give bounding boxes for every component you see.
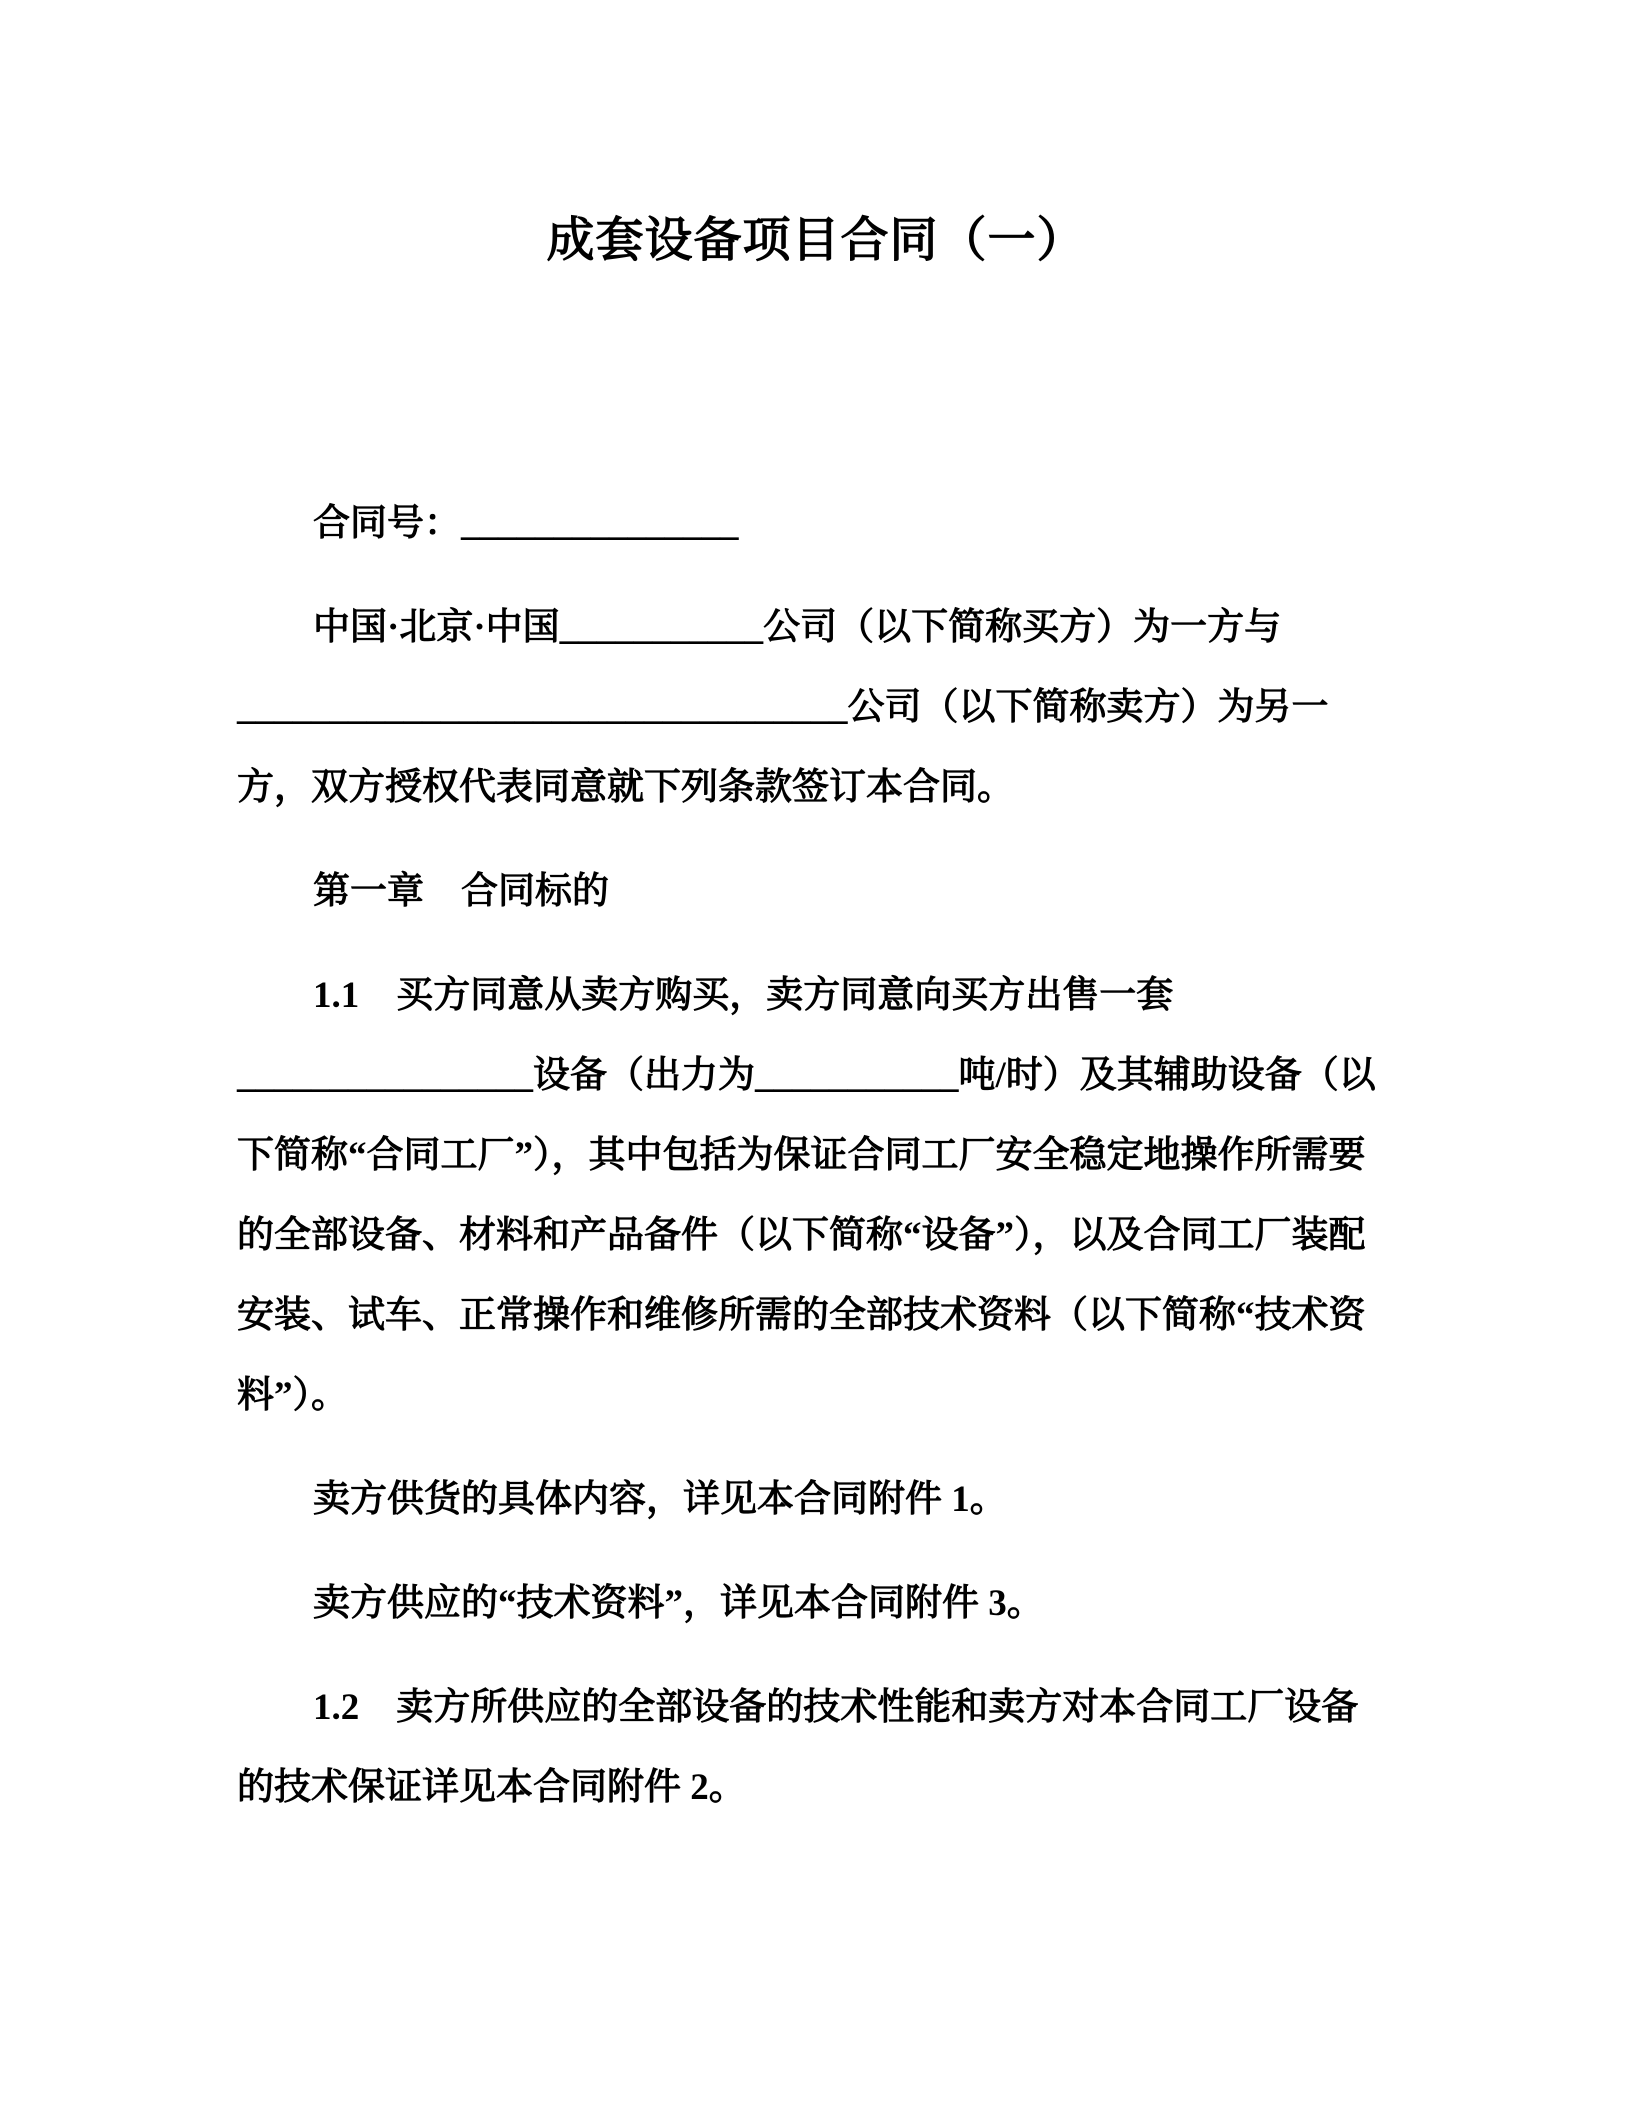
- technical-data-note: 卖方供应的“技术资料”，详见本合同附件 3。: [237, 1564, 1395, 1644]
- clause-1-1-paragraph: 1.1 买方同意从卖方购买，卖方同意向买方出售一套_______________…: [237, 956, 1395, 1436]
- parties-paragraph: 中国·北京·中国___________公司（以下简称买方）为一方与_______…: [237, 588, 1395, 828]
- document-title: 成套设备项目合同（一）: [237, 210, 1395, 272]
- clause-1-2-paragraph: 1.2 卖方所供应的全部设备的技术性能和卖方对本合同工厂设备的技术保证详见本合同…: [237, 1668, 1395, 1828]
- contract-number-line: 合同号：_______________: [237, 484, 1395, 564]
- chapter-1-heading: 第一章 合同标的: [237, 852, 1395, 932]
- supply-content-note: 卖方供货的具体内容，详见本合同附件 1。: [237, 1460, 1395, 1540]
- contract-document-page: 成套设备项目合同（一） 合同号：_______________ 中国·北京·中国…: [0, 0, 1632, 2112]
